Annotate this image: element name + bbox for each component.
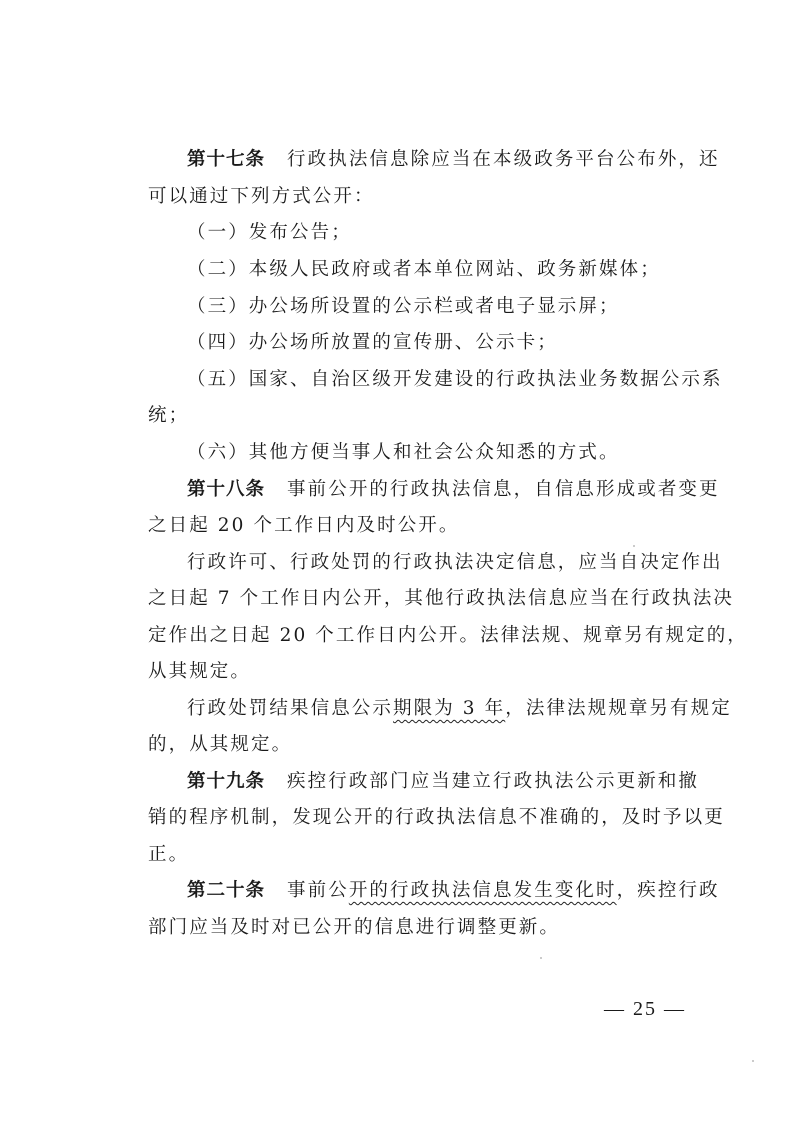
handwritten-underline: 开的行政执法信息发生变化时	[349, 880, 617, 901]
article-17-item-5: （五）国家、自治区级开发建设的行政执法业务数据公示系	[187, 368, 693, 392]
page-number: — 25 —	[604, 998, 686, 1021]
article-18-p2-line-4: 从其规定。	[148, 660, 693, 684]
article-18-p2-line-2: 之日起 7 个工作日内公开，其他行政执法信息应当在行政执法决	[148, 587, 693, 611]
article-18-p2-line-1: 行政许可、行政处罚的行政执法决定信息，应当自决定作出	[187, 551, 693, 575]
scan-speck	[633, 545, 635, 547]
article-18-p3-line-2: 的，从其规定。	[148, 733, 693, 757]
article-17-title: 第十七条	[187, 149, 265, 170]
article-17-line-1: 第十七条行政执法信息除应当在本级政务平台公布外，还	[187, 148, 693, 172]
article-17-line-2: 可以通过下列方式公开：	[148, 185, 693, 209]
article-18-line-1: 第十八条事前公开的行政执法信息，自信息形成或者变更	[187, 478, 693, 502]
scan-speck	[752, 1060, 754, 1062]
article-19-line-2: 销的程序机制，发现公开的行政执法信息不准确的，及时予以更	[148, 806, 693, 830]
article-20-title: 第二十条	[187, 880, 265, 901]
article-19-line-3: 正。	[148, 843, 693, 867]
article-18-p2-line-3: 定作出之日起 20 个工作日内公开。法律法规、规章另有规定的，	[148, 624, 693, 648]
article-19-line-1: 第十九条疾控行政部门应当建立行政执法公示更新和撤	[187, 770, 693, 794]
article-20-line-1: 第二十条事前公开的行政执法信息发生变化时，疾控行政	[187, 879, 693, 903]
article-20-line-2: 部门应当及时对已公开的信息进行调整更新。	[148, 916, 693, 940]
scan-speck	[662, 893, 664, 895]
article-17-item-1: （一）发布公告；	[187, 221, 693, 245]
article-18-title: 第十八条	[187, 479, 265, 500]
handwritten-underline: 期限为 3 年	[393, 698, 505, 719]
article-17-item-4: （四）办公场所放置的宣传册、公示卡；	[187, 331, 693, 355]
article-17-item-3: （三）办公场所设置的公示栏或者电子显示屏；	[187, 295, 693, 319]
article-18-line-2: 之日起 20 个工作日内及时公开。	[148, 514, 693, 538]
document-page: 第十七条行政执法信息除应当在本级政务平台公布外，还 可以通过下列方式公开： （一…	[0, 0, 793, 1122]
article-17-item-6: （六）其他方便当事人和社会公众知悉的方式。	[187, 441, 693, 465]
article-18-p3-line-1: 行政处罚结果信息公示期限为 3 年，法律法规规章另有规定	[187, 697, 693, 721]
scan-speck	[540, 957, 542, 959]
article-17-item-5-cont: 统；	[148, 404, 693, 428]
article-17-item-2: （二）本级人民政府或者本单位网站、政务新媒体；	[187, 258, 693, 282]
article-19-title: 第十九条	[187, 771, 265, 792]
